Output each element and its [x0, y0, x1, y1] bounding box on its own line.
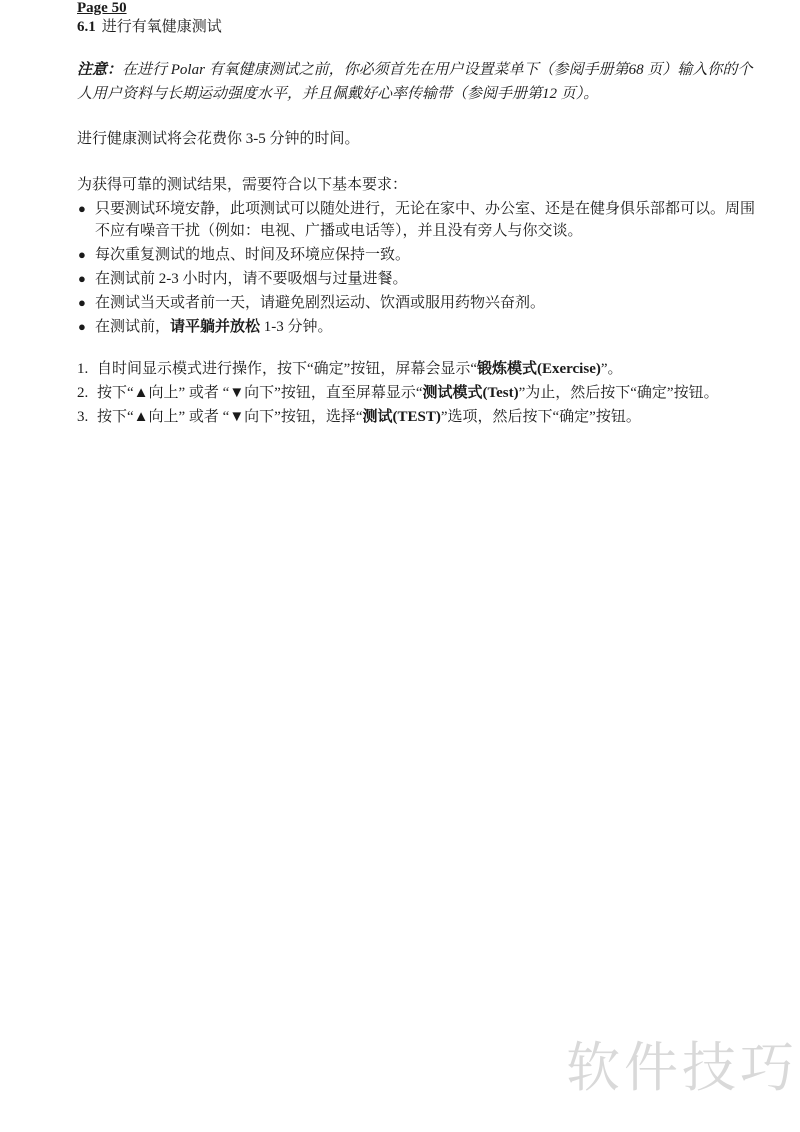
requirement-text-bold: 请平躺并放松	[170, 319, 260, 335]
bullet-icon: ●	[78, 316, 86, 338]
bullet-icon: ●	[78, 292, 86, 314]
list-item: ● 在测试前，请平躺并放松 1-3 分钟。	[77, 316, 767, 338]
requirement-text: 在测试当天或者前一天，请避免剧烈运动、饮酒或服用药物兴奋剂。	[95, 295, 545, 311]
section-number: 6.1	[77, 19, 96, 35]
requirement-text-before: 在测试前，	[95, 319, 170, 335]
steps-list: 1. 自时间显示模式进行操作，按下“确定”按钮，屏幕会显示“锻炼模式(Exerc…	[77, 358, 767, 428]
watermark: 软件技巧	[566, 1038, 798, 1098]
step-text-after: ”选项，然后按下“确定”按钮。	[441, 409, 641, 425]
requirements-intro: 为获得可靠的测试结果，需要符合以下基本要求：	[77, 174, 767, 196]
step-item: 2. 按下“▲向上” 或者 “▼向下”按钮，直至屏幕显示“测试模式(Test)”…	[77, 382, 767, 404]
step-item: 1. 自时间显示模式进行操作，按下“确定”按钮，屏幕会显示“锻炼模式(Exerc…	[77, 358, 767, 380]
step-number: 2.	[77, 382, 88, 404]
section-heading: 6.1进行有氧健康测试	[77, 16, 767, 38]
bullet-icon: ●	[78, 244, 86, 266]
step-number: 3.	[77, 406, 88, 428]
step-text-bold: 测试(TEST)	[362, 409, 440, 425]
list-item: ● 在测试前 2-3 小时内，请不要吸烟与过量进餐。	[77, 268, 767, 290]
bullet-icon: ●	[78, 268, 86, 290]
step-item: 3. 按下“▲向上” 或者 “▼向下”按钮，选择“测试(TEST)”选项，然后按…	[77, 406, 767, 428]
list-item: ● 只要测试环境安静，此项测试可以随处进行，无论在家中、办公室、还是在健身俱乐部…	[77, 198, 767, 242]
bullet-icon: ●	[78, 198, 86, 220]
requirement-text: 每次重复测试的地点、时间及环境应保持一致。	[95, 247, 410, 263]
requirement-text-after: 1-3 分钟。	[260, 319, 333, 335]
step-text-bold: 测试模式(Test)	[422, 385, 518, 401]
step-text-after: ”为止，然后按下“确定”按钮。	[519, 385, 719, 401]
step-text-bold: 锻炼模式(Exercise)	[477, 361, 601, 377]
step-text-before: 按下“▲向上” 或者 “▼向下”按钮，选择“	[97, 409, 362, 425]
note-paragraph: 注意：在进行 Polar 有氧健康测试之前，你必须首先在用户设置菜单下（参阅手册…	[77, 58, 767, 106]
step-number: 1.	[77, 358, 88, 380]
duration-paragraph: 进行健康测试将会花费你 3-5 分钟的时间。	[77, 128, 767, 150]
step-text-after: ”。	[601, 361, 623, 377]
list-item: ● 在测试当天或者前一天，请避免剧烈运动、饮酒或服用药物兴奋剂。	[77, 292, 767, 314]
section-title: 进行有氧健康测试	[102, 19, 222, 35]
note-text: 在进行 Polar 有氧健康测试之前，你必须首先在用户设置菜单下（参阅手册第68…	[77, 62, 752, 102]
document-page: Page 50 6.1进行有氧健康测试 注意：在进行 Polar 有氧健康测试之…	[77, 0, 767, 430]
step-text-before: 按下“▲向上” 或者 “▼向下”按钮，直至屏幕显示“	[97, 385, 422, 401]
step-text-before: 自时间显示模式进行操作，按下“确定”按钮，屏幕会显示“	[97, 361, 477, 377]
note-label: 注意：	[77, 62, 122, 78]
requirements-list: ● 只要测试环境安静，此项测试可以随处进行，无论在家中、办公室、还是在健身俱乐部…	[77, 198, 767, 338]
requirement-text: 只要测试环境安静，此项测试可以随处进行，无论在家中、办公室、还是在健身俱乐部都可…	[95, 201, 755, 239]
list-item: ● 每次重复测试的地点、时间及环境应保持一致。	[77, 244, 767, 266]
requirement-text: 在测试前 2-3 小时内，请不要吸烟与过量进餐。	[95, 271, 408, 287]
page-label: Page 50	[77, 0, 767, 16]
